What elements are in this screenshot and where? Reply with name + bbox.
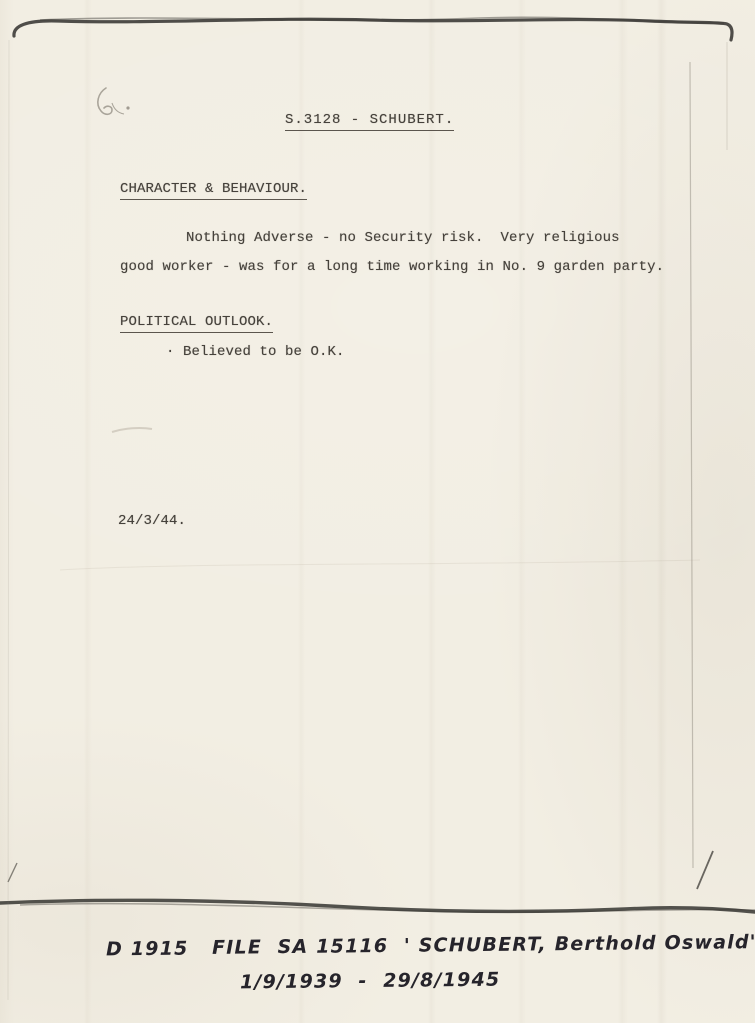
paragraph-line-2: good worker - was for a long time workin… <box>120 259 664 275</box>
section-heading-character-behaviour: CHARACTER & BEHAVIOUR. <box>120 181 307 200</box>
right-paper-edge <box>690 62 693 868</box>
handwritten-date-range: 1/9/1939 - 29/8/1945 <box>240 969 501 994</box>
document-date: 24/3/44. <box>118 513 186 529</box>
top-edge-line-fuzz <box>40 17 724 23</box>
pencil-squiggle <box>98 88 130 114</box>
bottom-edge-line-fuzz <box>20 904 755 913</box>
document-title: S.3128 - SCHUBERT. <box>285 112 454 131</box>
top-edge-line <box>14 19 732 40</box>
bottom-left-tick <box>8 863 17 882</box>
paragraph-line-1: Nothing Adverse - no Security risk. Very… <box>186 230 620 246</box>
political-outlook-line: · Believed to be O.K. <box>166 344 345 360</box>
scanned-document-page: S.3128 - SCHUBERT. CHARACTER & BEHAVIOUR… <box>0 0 755 1023</box>
crease-mark-1 <box>112 428 152 432</box>
bottom-right-tick <box>697 851 713 889</box>
left-paper-edge <box>8 40 9 1000</box>
scan-artifacts <box>0 0 755 1023</box>
section-heading-political-outlook: POLITICAL OUTLOOK. <box>120 314 273 333</box>
bottom-edge-line <box>0 900 755 912</box>
crease-mark-2 <box>60 560 700 570</box>
handwritten-catalog-ref: D 1915 <box>106 938 189 961</box>
handwritten-file-ref: FILE SA 15116 ' SCHUBERT, Berthold Oswal… <box>212 931 755 959</box>
